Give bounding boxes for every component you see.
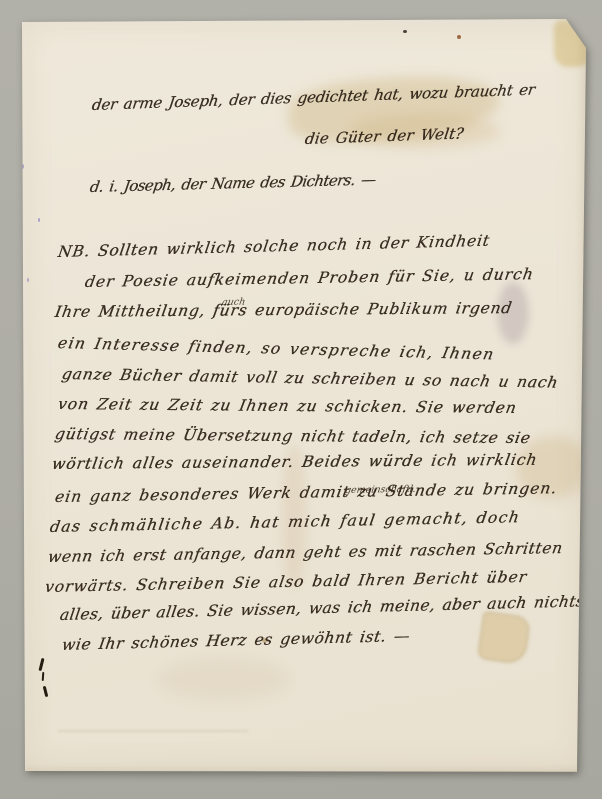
handwriting-line-body-10: das schmähliche Ab. hat mich faul gemach… xyxy=(49,508,522,536)
handwriting-line-body-2: der Poesie aufkeimenden Proben für Sie, … xyxy=(84,265,536,291)
letter-page: der arme Joseph, der dies gedichtet hat,… xyxy=(20,18,588,774)
handwriting-line-body-5: ganze Bücher damit voll zu schreiben u s… xyxy=(60,365,560,392)
handwriting-line-insertion-1: auch xyxy=(221,297,246,308)
handwriting-line-body-1: NB. Sollten wirklich solche noch in der … xyxy=(57,232,491,261)
handwriting-line-body-3: Ihre Mittheilung, fürs europäische Publi… xyxy=(53,299,513,321)
letter-page-wrap: der arme Joseph, der dies gedichtet hat,… xyxy=(20,18,588,774)
handwriting-line-insertion-2: gemeinschaftl. xyxy=(344,484,417,496)
handwriting-line-body-9: ein ganz besonderes Werk damit zu Stande… xyxy=(54,479,559,506)
handwriting-line-quote-2: die Güter der Welt? xyxy=(304,124,465,148)
handwriting-line-body-8: wörtlich alles auseinander. Beides würde… xyxy=(50,451,538,473)
handwriting-line-body-14: wie Ihr schönes Herz es gewöhnt ist. — xyxy=(61,627,412,654)
handwriting-lines: der arme Joseph, der dies gedichtet hat,… xyxy=(20,18,588,774)
scan-background: der arme Joseph, der dies gedichtet hat,… xyxy=(0,0,602,799)
handwriting-line-body-6: von Zeit zu Zeit zu Ihnen zu schicken. S… xyxy=(56,395,518,417)
handwriting-line-body-12: vorwärts. Schreiben Sie also bald Ihren … xyxy=(44,568,529,596)
handwriting-line-body-13: alles, über alles. Sie wissen, was ich m… xyxy=(59,592,586,624)
handwriting-line-quote-1: der arme Joseph, der dies gedichtet hat,… xyxy=(91,80,536,114)
handwriting-line-body-7: gütigst meine Übersetzung nicht tadeln, … xyxy=(53,425,532,447)
handwriting-line-body-4: ein Interesse finden, so verspreche ich,… xyxy=(56,334,496,363)
handwriting-line-body-11: wenn ich erst anfange, dann geht es mit … xyxy=(47,539,564,566)
handwriting-line-attribution: d. i. Joseph, der Name des Dichters. — xyxy=(89,170,377,196)
